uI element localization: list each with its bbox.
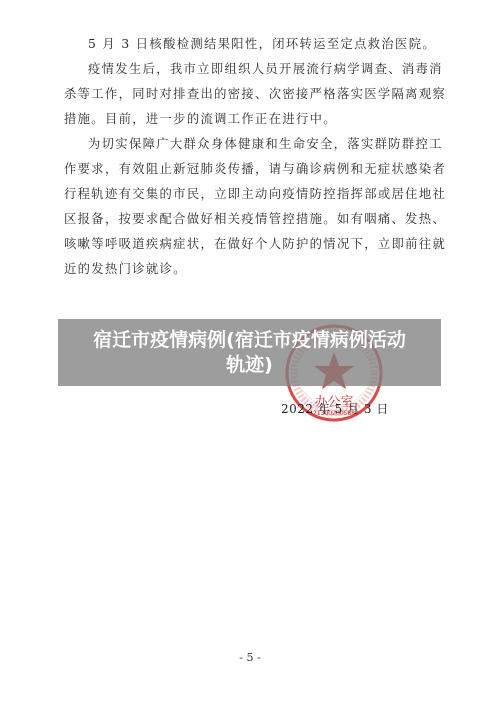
paragraph-line: 区报备，按要求配合做好相关疫情管控措施。如有咽痛、发热、 — [64, 207, 436, 232]
paragraph-line: 疫情发生后，我市立即组织人员开展流行病学调查、消毒消 — [64, 57, 436, 82]
paragraph-2: 疫情发生后，我市立即组织人员开展流行病学调查、消毒消 杀等工作，同时对排查出的密… — [64, 57, 436, 132]
page-number: - 5 - — [0, 651, 500, 664]
banner-title-line-2: 轨迹) — [58, 353, 441, 378]
paragraph-3: 为切实保障广大群众身体健康和生命安全，落实群防群控工 作要求，有效阻止新冠肺炎传… — [64, 132, 436, 282]
paragraph-line: 为切实保障广大群众身体健康和生命安全，落实群防群控工 — [64, 132, 436, 157]
paragraph-line: 杀等工作，同时对排查出的密接、次密接严格落实医学隔离观察 — [64, 82, 436, 107]
document-page: 5 月 3 日核酸检测结果阳性，闭环转运至定点救治医院。 疫情发生后，我市立即组… — [0, 0, 500, 705]
paragraph-1: 5 月 3 日核酸检测结果阳性，闭环转运至定点救治医院。 — [64, 32, 436, 57]
title-banner: 宿迁市疫情病例(宿迁市疫情病例活动 轨迹) — [58, 319, 441, 386]
paragraph-line: 咳嗽等呼吸道疾病症状，在做好个人防护的情况下，立即前往就 — [64, 232, 436, 257]
paragraph-line: 近的发热门诊就诊。 — [64, 257, 436, 282]
paragraph-line: 行程轨迹有交集的市民，立即主动向疫情防控指挥部或居住地社 — [64, 182, 436, 207]
paragraph-line: 作要求，有效阻止新冠肺炎传播，请与确诊病例和无症状感染者 — [64, 157, 436, 182]
paragraph-line: 措施。目前，进一步的流调工作正在进行中。 — [64, 107, 436, 132]
paragraph-line: 5 月 3 日核酸检测结果阳性，闭环转运至定点救治医院。 — [64, 32, 436, 57]
banner-title-line-1: 宿迁市疫情病例(宿迁市疫情病例活动 — [58, 328, 441, 353]
document-date: 2022 年 5 月 3 日 — [281, 400, 389, 417]
